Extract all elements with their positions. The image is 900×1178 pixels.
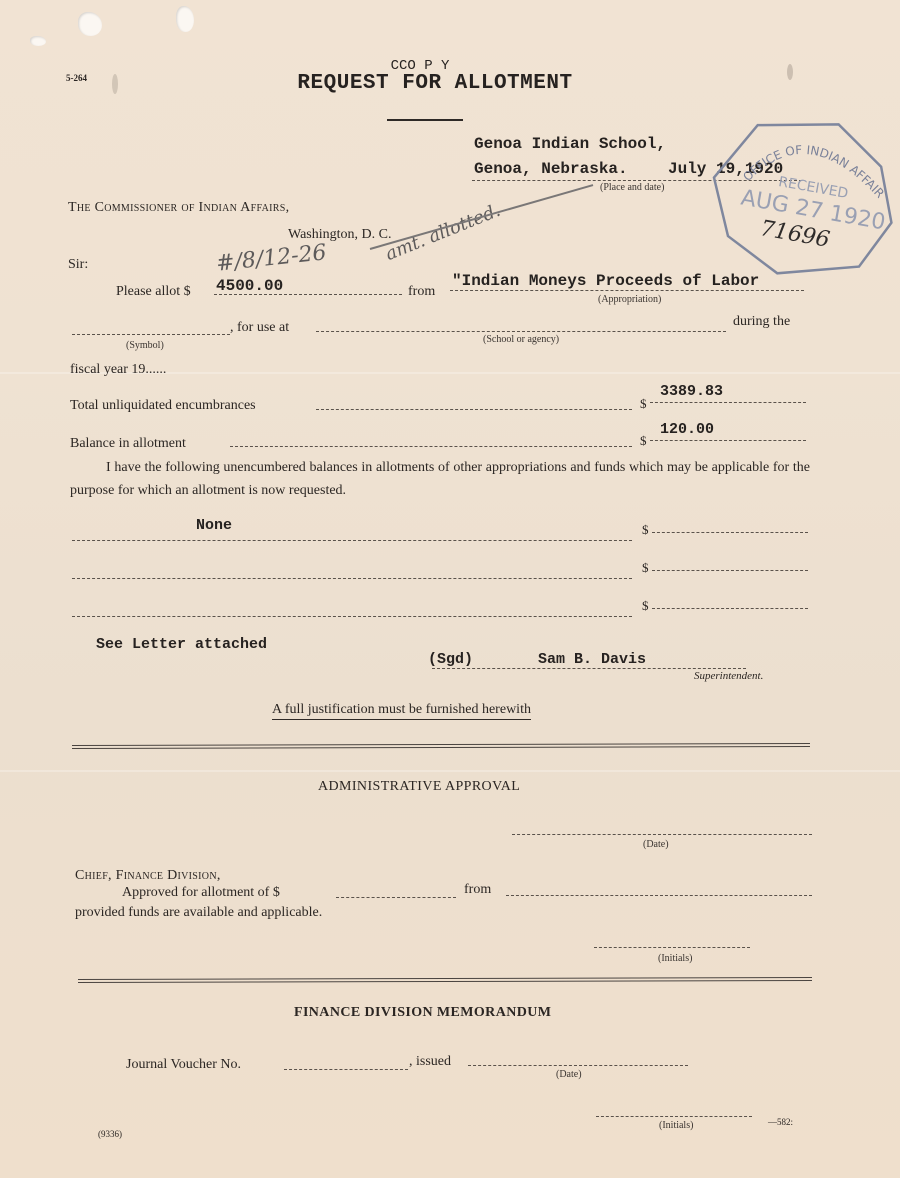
other-balance-line[interactable] (72, 540, 632, 541)
approved-from-line[interactable] (506, 895, 812, 896)
signature-line (432, 668, 746, 669)
fiscal-year-label: fiscal year 19...... (70, 362, 166, 378)
provided-funds-label: provided funds are available and applica… (75, 905, 322, 921)
symbol-caption: (Symbol) (126, 340, 164, 351)
handwritten-reference: #/8/12-26 (215, 240, 328, 276)
dollar-sign: $ (642, 522, 649, 538)
section-divider (72, 743, 810, 749)
addressee-city: Washington, D. C. (288, 227, 391, 243)
place-date-caption: (Place and date) (600, 182, 664, 193)
title-rule (387, 119, 463, 121)
see-letter-note: See Letter attached (96, 636, 267, 653)
school-name: Genoa Indian School, (474, 135, 666, 153)
other-balance-line[interactable] (72, 616, 632, 617)
allotment-balance-label: Balance in allotment (70, 436, 186, 452)
encumbrances-value[interactable]: 3389.83 (660, 383, 723, 400)
paper-tear (78, 12, 102, 36)
dollar-sign: $ (640, 396, 647, 412)
journal-voucher-label: Journal Voucher No. (126, 1057, 241, 1073)
appropriation-value[interactable]: "Indian Moneys Proceeds of Labor (452, 272, 759, 290)
issued-date-line[interactable] (468, 1065, 688, 1066)
approval-date-caption: (Date) (643, 839, 669, 850)
issued-label: , issued (409, 1054, 451, 1070)
allotment-leader (230, 446, 632, 447)
paper-fold (0, 770, 900, 772)
signed-mark: (Sgd) (428, 651, 473, 668)
symbol-line[interactable] (72, 334, 230, 335)
appropriation-caption: (Appropriation) (598, 294, 661, 305)
other-balance-line[interactable] (72, 578, 632, 579)
journal-voucher-line[interactable] (284, 1069, 408, 1070)
for-use-at-label: , for use at (230, 320, 289, 336)
other-balance-description[interactable]: None (196, 517, 232, 534)
handwritten-note: amt. allotted. (383, 200, 504, 265)
memo-initials-caption: (Initials) (659, 1120, 693, 1131)
allotment-value-line (650, 440, 806, 441)
allot-amount[interactable]: 4500.00 (216, 277, 283, 295)
superintendent-name[interactable]: Sam B. Davis (538, 651, 646, 668)
allotment-balance-value[interactable]: 120.00 (660, 421, 714, 438)
please-allot-label: Please allot $ (116, 284, 191, 300)
approved-from-label: from (464, 882, 491, 898)
encumbrances-leader (316, 409, 632, 410)
encumbrances-value-line (650, 402, 806, 403)
finance-memo-heading: FINANCE DIVISION MEMORANDUM (294, 1005, 551, 1021)
amount-line (214, 294, 402, 295)
other-balance-amount-line[interactable] (652, 608, 808, 609)
unencumbered-statement: I have the following unencumbered balanc… (70, 456, 810, 502)
addressee: The Commissioner of Indian Affairs, (68, 200, 289, 216)
side-code: —582: (768, 1117, 793, 1127)
received-stamp: OFFICE OF INDIAN AFFAIRS RECEIVED AUG 27… (708, 118, 896, 278)
paper-punch-mark (112, 74, 118, 94)
chief-finance-label: Chief, Finance Division, (75, 868, 221, 884)
handwritten-stroke (370, 184, 594, 250)
administrative-approval-heading: ADMINISTRATIVE APPROVAL (318, 779, 520, 795)
paper-punch-mark (787, 64, 793, 80)
during-label: during the (733, 314, 790, 330)
approval-date-line[interactable] (512, 834, 812, 835)
approval-initials-line[interactable] (594, 947, 750, 948)
other-balance-amount-line[interactable] (652, 532, 808, 533)
paper-tear (30, 36, 46, 46)
approval-initials-caption: (Initials) (658, 953, 692, 964)
paper-tear (176, 6, 194, 32)
memo-initials-line[interactable] (596, 1116, 752, 1117)
dollar-sign: $ (642, 598, 649, 614)
school-agency-line[interactable] (316, 331, 726, 332)
dollar-sign: $ (640, 433, 647, 449)
place-line: Genoa, Nebraska. (474, 160, 628, 178)
appropriation-line (450, 290, 804, 291)
approved-amount-line[interactable] (336, 897, 456, 898)
print-code: (9336) (98, 1129, 122, 1139)
salutation: Sir: (68, 257, 88, 273)
section-divider (78, 977, 812, 983)
superintendent-title: Superintendent. (694, 670, 763, 682)
from-label: from (408, 284, 435, 300)
school-caption: (School or agency) (483, 334, 559, 345)
form-number: 5-264 (66, 73, 87, 83)
approved-for-label: Approved for allotment of $ (122, 885, 280, 901)
dollar-sign: $ (642, 560, 649, 576)
page-title: REQUEST FOR ALLOTMENT (250, 72, 620, 95)
justification-notice: A full justification must be furnished h… (272, 702, 531, 720)
issued-date-caption: (Date) (556, 1069, 582, 1080)
encumbrances-label: Total unliquidated encumbrances (70, 398, 256, 414)
other-balance-amount-line[interactable] (652, 570, 808, 571)
